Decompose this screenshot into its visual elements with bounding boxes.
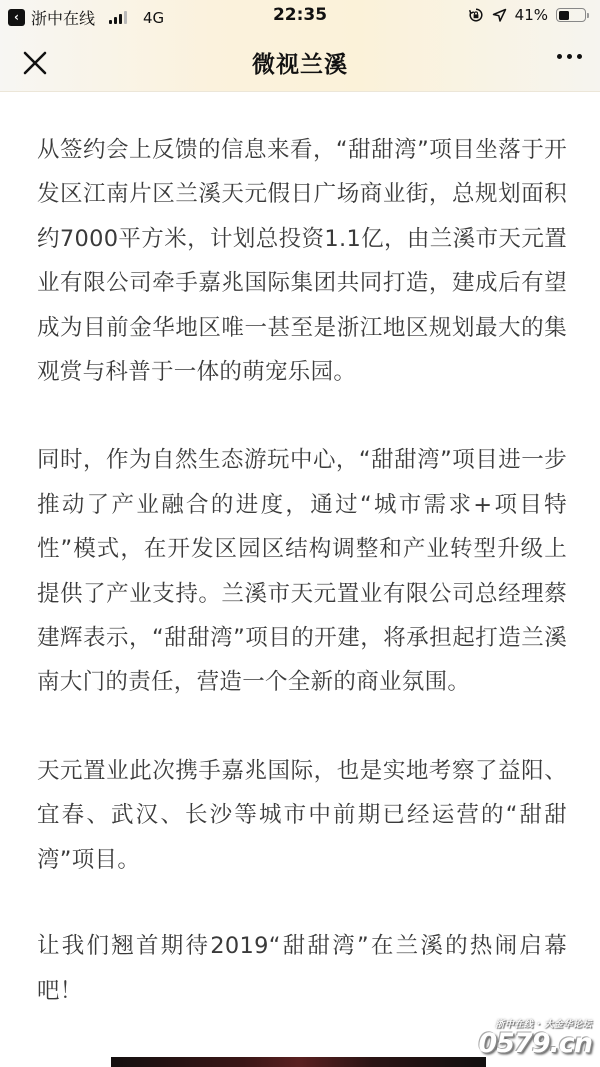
battery-percent: 41% xyxy=(515,6,548,24)
article-body: 从签约会上反馈的信息来看，“甜甜湾”项目坐落于开发区江南片区兰溪天元假日广场商业… xyxy=(37,128,567,1057)
battery-icon xyxy=(556,8,586,22)
status-bar: ‹ 浙中在线 4G 22:35 41% xyxy=(0,0,600,32)
article-paragraph: 天元置业此次携手嘉兆国际，也是实地考察了益阳、宜春、武汉、长沙等城市中前期已经运… xyxy=(37,749,567,882)
location-icon xyxy=(492,8,507,23)
watermark-logo: 浙中在线 · 大金华论坛 0579.cn xyxy=(432,1017,592,1061)
top-bar: ‹ 浙中在线 4G 22:35 41% xyxy=(0,0,600,92)
nav-bar: 微视兰溪 xyxy=(0,32,600,92)
page-title: 微视兰溪 xyxy=(0,46,600,79)
article-image xyxy=(111,1057,486,1067)
article-paragraph: 从签约会上反馈的信息来看，“甜甜湾”项目坐落于开发区江南片区兰溪天元假日广场商业… xyxy=(37,128,567,394)
status-right: 41% xyxy=(468,6,586,24)
more-icon[interactable] xyxy=(557,54,582,59)
watermark-domain: 0579.cn xyxy=(432,1030,592,1058)
article-paragraph: 让我们翘首期待2019“甜甜湾”在兰溪的热闹启幕吧！ xyxy=(37,924,567,1013)
article-paragraph: 同时，作为自然生态游玩中心，“甜甜湾”项目进一步推动了产业融合的进度，通过“城市… xyxy=(37,438,567,704)
rotation-lock-icon xyxy=(468,7,484,23)
